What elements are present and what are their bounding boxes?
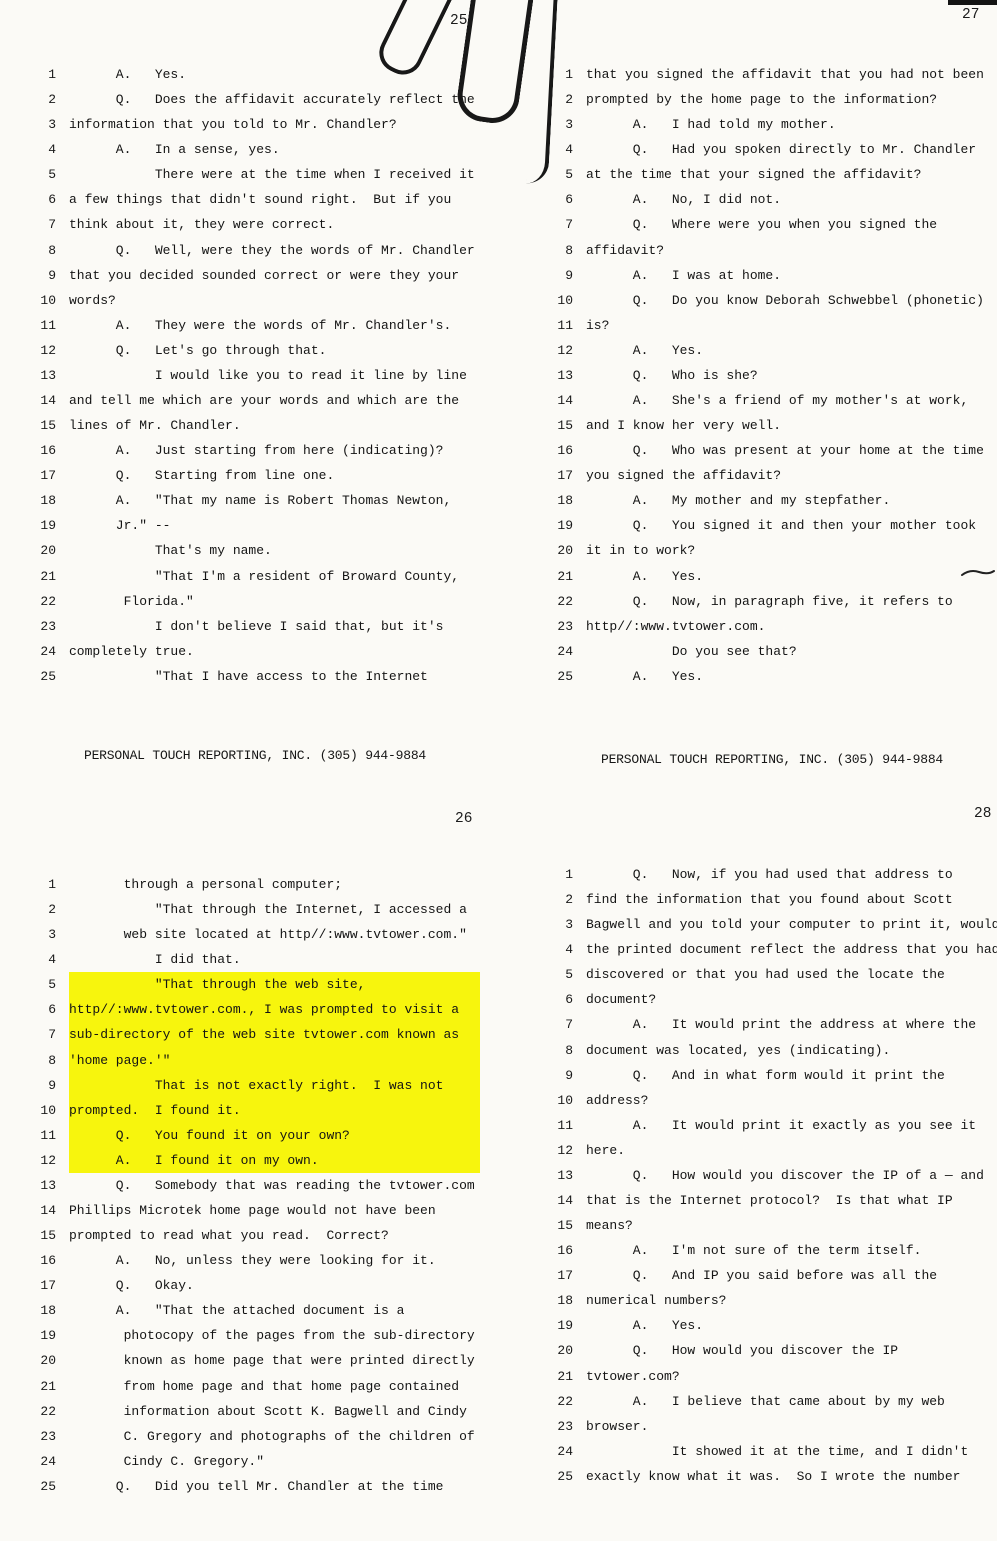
line-text: Q. Where were you when you signed the (586, 212, 997, 237)
line-text: Q. You found it on your own? (69, 1123, 480, 1148)
line-number: 14 (547, 1188, 573, 1213)
line-text: Q. Now, in paragraph five, it refers to (586, 589, 997, 614)
line-text: is? (586, 313, 997, 338)
line-text: A. Just starting from here (indicating)? (69, 438, 480, 463)
line-number: 12 (547, 1138, 573, 1163)
transcript-line: 2find the information that you found abo… (547, 887, 997, 912)
line-number: 4 (547, 937, 573, 962)
transcript-line: 25 A. Yes. (547, 664, 997, 689)
transcript-line: 13 Q. Somebody that was reading the tvto… (30, 1173, 480, 1198)
line-text: Phillips Microtek home page would not ha… (69, 1198, 480, 1223)
transcript-line: 8'home page.'" (30, 1048, 480, 1073)
line-text: A. It would print the address at where t… (586, 1012, 997, 1037)
transcript-line: 10 Q. Do you know Deborah Schwebbel (pho… (547, 288, 997, 313)
line-text: means? (586, 1213, 997, 1238)
line-text: A. Yes. (586, 664, 997, 689)
line-text: that you decided sounded correct or were… (69, 263, 480, 288)
line-text: Q. How would you discover the IP of a — … (586, 1163, 997, 1188)
line-text: Q. Do you know Deborah Schwebbel (phonet… (586, 288, 997, 313)
line-number: 7 (547, 212, 573, 237)
line-text: it in to work? (586, 538, 997, 563)
line-number: 18 (547, 1288, 573, 1313)
line-number: 18 (547, 488, 573, 513)
transcript-line: 11is? (547, 313, 997, 338)
line-number: 10 (547, 288, 573, 313)
transcript-line: 1 through a personal computer; (30, 872, 480, 897)
line-text: A. "That the attached document is a (69, 1298, 480, 1323)
line-number: 14 (547, 388, 573, 413)
line-number: 6 (30, 997, 56, 1022)
transcript-line: 21tvtower.com? (547, 1364, 997, 1389)
line-text: document? (586, 987, 997, 1012)
transcript-line: 24 Cindy C. Gregory." (30, 1449, 480, 1474)
line-text: Bagwell and you told your computer to pr… (586, 912, 997, 937)
line-number: 10 (30, 1098, 56, 1123)
transcript-line: 11 A. It would print it exactly as you s… (547, 1113, 997, 1138)
line-text: Q. You signed it and then your mother to… (586, 513, 997, 538)
line-text: affidavit? (586, 238, 997, 263)
line-text: Q. How would you discover the IP (586, 1338, 997, 1363)
line-number: 4 (30, 947, 56, 972)
line-text: prompted to read what you read. Correct? (69, 1223, 480, 1248)
line-number: 6 (30, 187, 56, 212)
line-number: 2 (30, 87, 56, 112)
page-body: 1 A. Yes.2 Q. Does the affidavit accurat… (30, 62, 480, 689)
line-number: 10 (547, 1088, 573, 1113)
transcript-line: 11 Q. You found it on your own? (30, 1123, 480, 1148)
line-text: Do you see that? (586, 639, 997, 664)
line-text: exactly know what it was. So I wrote the… (586, 1464, 997, 1489)
line-number: 19 (547, 1313, 573, 1338)
line-number: 25 (547, 1464, 573, 1489)
line-number: 22 (547, 589, 573, 614)
line-text: A. I had told my mother. (586, 112, 997, 137)
line-text: "That I have access to the Internet (69, 664, 480, 689)
line-text: through a personal computer; (69, 872, 480, 897)
transcript-line: 14Phillips Microtek home page would not … (30, 1198, 480, 1223)
line-text: and tell me which are your words and whi… (69, 388, 480, 413)
line-number: 21 (30, 564, 56, 589)
transcript-line: 3 A. I had told my mother. (547, 112, 997, 137)
transcript-line: 7 Q. Where were you when you signed the (547, 212, 997, 237)
transcript-line: 10words? (30, 288, 480, 313)
line-text: A. Yes. (69, 62, 480, 87)
line-text: "That through the web site, (69, 972, 480, 997)
line-number: 14 (30, 388, 56, 413)
line-text: the printed document reflect the address… (586, 937, 997, 962)
line-number: 23 (30, 1424, 56, 1449)
transcript-line: 6document? (547, 987, 997, 1012)
page-body: 1 through a personal computer;2 "That th… (30, 872, 480, 1499)
line-number: 20 (30, 1348, 56, 1373)
line-number: 8 (547, 1038, 573, 1063)
transcript-line: 12 A. I found it on my own. (30, 1148, 480, 1173)
line-text: numerical numbers? (586, 1288, 997, 1313)
transcript-line: 24 Do you see that? (547, 639, 997, 664)
transcript-line: 10prompted. I found it. (30, 1098, 480, 1123)
line-text: A. My mother and my stepfather. (586, 488, 997, 513)
line-text: Q. Who was present at your home at the t… (586, 438, 997, 463)
line-number: 17 (30, 463, 56, 488)
line-text: A. Yes. (586, 338, 997, 363)
line-number: 21 (547, 1364, 573, 1389)
line-number: 17 (547, 463, 573, 488)
line-text: discovered or that you had used the loca… (586, 962, 997, 987)
line-text: Q. Okay. (69, 1273, 480, 1298)
line-number: 1 (547, 862, 573, 887)
page-footer: PERSONAL TOUCH REPORTING, INC. (305) 944… (30, 748, 480, 763)
transcript-line: 6http//:www.tvtower.com., I was prompted… (30, 997, 480, 1022)
line-number: 6 (547, 987, 573, 1012)
line-number: 4 (30, 137, 56, 162)
transcript-line: 23 C. Gregory and photographs of the chi… (30, 1424, 480, 1449)
transcript-line: 25exactly know what it was. So I wrote t… (547, 1464, 997, 1489)
transcript-line: 14 A. She's a friend of my mother's at w… (547, 388, 997, 413)
transcript-line: 4 A. In a sense, yes. (30, 137, 480, 162)
transcript-line: 7think about it, they were correct. (30, 212, 480, 237)
line-number: 11 (30, 1123, 56, 1148)
line-text: Q. Does the affidavit accurately reflect… (69, 87, 480, 112)
line-text: information about Scott K. Bagwell and C… (69, 1399, 480, 1424)
page-number: 25 (450, 13, 467, 29)
line-number: 5 (30, 972, 56, 997)
line-text: find the information that you found abou… (586, 887, 997, 912)
line-number: 21 (30, 1374, 56, 1399)
scanned-transcript-sheet: 25 1 A. Yes.2 Q. Does the affidavit accu… (0, 0, 997, 1541)
line-text: There were at the time when I received i… (69, 162, 480, 187)
transcript-line: 8affidavit? (547, 238, 997, 263)
line-text: a few things that didn't sound right. Bu… (69, 187, 480, 212)
transcript-line: 22 Florida." (30, 589, 480, 614)
line-text: tvtower.com? (586, 1364, 997, 1389)
transcript-line: 23 I don't believe I said that, but it's (30, 614, 480, 639)
transcript-line: 22 Q. Now, in paragraph five, it refers … (547, 589, 997, 614)
line-number: 7 (30, 1022, 56, 1047)
line-number: 9 (30, 263, 56, 288)
line-number: 14 (30, 1198, 56, 1223)
transcript-line: 11 A. They were the words of Mr. Chandle… (30, 313, 480, 338)
transcript-line: 2 Q. Does the affidavit accurately refle… (30, 87, 480, 112)
line-text: A. I'm not sure of the term itself. (586, 1238, 997, 1263)
line-text: Q. Somebody that was reading the tvtower… (69, 1173, 480, 1198)
line-number: 2 (30, 897, 56, 922)
line-number: 19 (30, 513, 56, 538)
line-text: from home page and that home page contai… (69, 1374, 480, 1399)
line-number: 11 (30, 313, 56, 338)
line-number: 12 (30, 1148, 56, 1173)
line-number: 25 (30, 1474, 56, 1499)
transcript-line: 3 web site located at http//:www.tvtower… (30, 922, 480, 947)
line-number: 22 (30, 1399, 56, 1424)
line-text: at the time that your signed the affidav… (586, 162, 997, 187)
transcript-line: 19 photocopy of the pages from the sub-d… (30, 1323, 480, 1348)
line-number: 7 (547, 1012, 573, 1037)
transcript-line: 23http//:www.tvtower.com. (547, 614, 997, 639)
line-text: web site located at http//:www.tvtower.c… (69, 922, 480, 947)
line-number: 20 (547, 1338, 573, 1363)
line-number: 21 (547, 564, 573, 589)
transcript-line: 17 Q. Okay. (30, 1273, 480, 1298)
line-number: 9 (547, 263, 573, 288)
line-number: 16 (547, 438, 573, 463)
line-text: prompted by the home page to the informa… (586, 87, 997, 112)
transcript-line: 12 A. Yes. (547, 338, 997, 363)
line-number: 13 (547, 1163, 573, 1188)
transcript-line: 9 A. I was at home. (547, 263, 997, 288)
transcript-line: 8document was located, yes (indicating). (547, 1038, 997, 1063)
line-number: 3 (547, 912, 573, 937)
line-number: 15 (30, 1223, 56, 1248)
line-text: Q. Let's go through that. (69, 338, 480, 363)
line-text: think about it, they were correct. (69, 212, 480, 237)
transcript-line: 16 Q. Who was present at your home at th… (547, 438, 997, 463)
line-text: A. It would print it exactly as you see … (586, 1113, 997, 1138)
line-text: That is not exactly right. I was not (69, 1073, 480, 1098)
line-text: address? (586, 1088, 997, 1113)
transcript-line: 3Bagwell and you told your computer to p… (547, 912, 997, 937)
line-number: 19 (547, 513, 573, 538)
transcript-line: 18 A. "That my name is Robert Thomas New… (30, 488, 480, 513)
transcript-line: 4the printed document reflect the addres… (547, 937, 997, 962)
line-number: 25 (547, 664, 573, 689)
line-text: C. Gregory and photographs of the childr… (69, 1424, 480, 1449)
transcript-page-28: 28 1 Q. Now, if you had used that addres… (530, 805, 997, 1541)
line-text: Q. And IP you said before was all the (586, 1263, 997, 1288)
line-text: Jr." -- (69, 513, 480, 538)
line-text: document was located, yes (indicating). (586, 1038, 997, 1063)
line-number: 10 (30, 288, 56, 313)
transcript-page-27: 27 1that you signed the affidavit that y… (530, 0, 997, 805)
transcript-line: 16 A. No, unless they were looking for i… (30, 1248, 480, 1273)
line-number: 1 (30, 872, 56, 897)
transcript-line: 16 A. I'm not sure of the term itself. (547, 1238, 997, 1263)
line-text: lines of Mr. Chandler. (69, 413, 480, 438)
line-number: 19 (30, 1323, 56, 1348)
transcript-page-25: 25 1 A. Yes.2 Q. Does the affidavit accu… (0, 0, 530, 805)
transcript-line: 5at the time that your signed the affida… (547, 162, 997, 187)
line-number: 24 (547, 639, 573, 664)
line-number: 2 (547, 87, 573, 112)
line-number: 16 (547, 1238, 573, 1263)
line-number: 23 (547, 614, 573, 639)
line-number: 20 (30, 538, 56, 563)
line-text: Q. Starting from line one. (69, 463, 480, 488)
line-number: 18 (30, 1298, 56, 1323)
line-text: A. No, unless they were looking for it. (69, 1248, 480, 1273)
transcript-line: 2 "That through the Internet, I accessed… (30, 897, 480, 922)
transcript-line: 5 "That through the web site, (30, 972, 480, 997)
line-number: 7 (30, 212, 56, 237)
transcript-line: 17 Q. Starting from line one. (30, 463, 480, 488)
transcript-line: 18numerical numbers? (547, 1288, 997, 1313)
line-number: 24 (547, 1439, 573, 1464)
transcript-line: 19 Jr." -- (30, 513, 480, 538)
line-number: 17 (547, 1263, 573, 1288)
page-body: 1that you signed the affidavit that you … (547, 62, 997, 689)
transcript-line: 21 from home page and that home page con… (30, 1374, 480, 1399)
line-number: 22 (547, 1389, 573, 1414)
line-text: Q. Well, were they the words of Mr. Chan… (69, 238, 480, 263)
line-text: http//:www.tvtower.com. (586, 614, 997, 639)
transcript-line: 7sub-directory of the web site tvtower.c… (30, 1022, 480, 1047)
transcript-line: 5 There were at the time when I received… (30, 162, 480, 187)
transcript-line: 1 Q. Now, if you had used that address t… (547, 862, 997, 887)
line-text: Q. Who is she? (586, 363, 997, 388)
line-number: 24 (30, 639, 56, 664)
line-number: 4 (547, 137, 573, 162)
line-text: browser. (586, 1414, 997, 1439)
transcript-line: 20it in to work? (547, 538, 997, 563)
transcript-page-26: 26 1 through a personal computer;2 "That… (0, 805, 530, 1541)
line-text: prompted. I found it. (69, 1098, 480, 1123)
line-text: http//:www.tvtower.com., I was prompted … (69, 997, 480, 1022)
transcript-line: 9 Q. And in what form would it print the (547, 1063, 997, 1088)
line-number: 3 (30, 112, 56, 137)
line-number: 11 (547, 313, 573, 338)
line-number: 23 (30, 614, 56, 639)
page-body: 1 Q. Now, if you had used that address t… (547, 862, 997, 1489)
line-number: 13 (30, 363, 56, 388)
transcript-line: 25 "That I have access to the Internet (30, 664, 480, 689)
line-text: A. She's a friend of my mother's at work… (586, 388, 997, 413)
line-number: 18 (30, 488, 56, 513)
transcript-line: 20 That's my name. (30, 538, 480, 563)
line-text: I would like you to read it line by line (69, 363, 480, 388)
line-text: photocopy of the pages from the sub-dire… (69, 1323, 480, 1348)
page-number: 26 (455, 811, 472, 827)
line-text: here. (586, 1138, 997, 1163)
line-number: 15 (30, 413, 56, 438)
transcript-line: 5discovered or that you had used the loc… (547, 962, 997, 987)
transcript-line: 15means? (547, 1213, 997, 1238)
line-text: I did that. (69, 947, 480, 972)
line-text: information that you told to Mr. Chandle… (69, 112, 480, 137)
line-number: 1 (547, 62, 573, 87)
transcript-line: 19 Q. You signed it and then your mother… (547, 513, 997, 538)
transcript-line: 18 A. My mother and my stepfather. (547, 488, 997, 513)
line-number: 13 (30, 1173, 56, 1198)
line-text: A. Yes. (586, 1313, 997, 1338)
transcript-line: 14and tell me which are your words and w… (30, 388, 480, 413)
line-text: Florida." (69, 589, 480, 614)
line-number: 1 (30, 62, 56, 87)
transcript-line: 7 A. It would print the address at where… (547, 1012, 997, 1037)
line-text: Q. Had you spoken directly to Mr. Chandl… (586, 137, 997, 162)
line-number: 11 (547, 1113, 573, 1138)
line-text: A. I was at home. (586, 263, 997, 288)
line-number: 5 (547, 962, 573, 987)
line-number: 15 (547, 413, 573, 438)
line-number: 9 (547, 1063, 573, 1088)
transcript-line: 17you signed the affidavit? (547, 463, 997, 488)
line-text: completely true. (69, 639, 480, 664)
transcript-line: 9 That is not exactly right. I was not (30, 1073, 480, 1098)
line-text: 'home page.'" (69, 1048, 480, 1073)
line-number: 5 (30, 162, 56, 187)
line-text: Cindy C. Gregory." (69, 1449, 480, 1474)
line-number: 23 (547, 1414, 573, 1439)
transcript-line: 2prompted by the home page to the inform… (547, 87, 997, 112)
transcript-line: 13 I would like you to read it line by l… (30, 363, 480, 388)
line-text: that you signed the affidavit that you h… (586, 62, 997, 87)
line-text: A. "That my name is Robert Thomas Newton… (69, 488, 480, 513)
transcript-line: 4 I did that. (30, 947, 480, 972)
transcript-line: 15and I know her very well. (547, 413, 997, 438)
line-number: 17 (30, 1273, 56, 1298)
transcript-line: 24 It showed it at the time, and I didn'… (547, 1439, 997, 1464)
line-number: 16 (30, 438, 56, 463)
line-number: 16 (30, 1248, 56, 1273)
line-number: 8 (547, 238, 573, 263)
transcript-line: 17 Q. And IP you said before was all the (547, 1263, 997, 1288)
line-number: 25 (30, 664, 56, 689)
line-number: 13 (547, 363, 573, 388)
line-number: 8 (30, 1048, 56, 1073)
transcript-line: 6a few things that didn't sound right. B… (30, 187, 480, 212)
line-number: 12 (30, 338, 56, 363)
line-text: Q. And in what form would it print the (586, 1063, 997, 1088)
transcript-line: 4 Q. Had you spoken directly to Mr. Chan… (547, 137, 997, 162)
line-text: It showed it at the time, and I didn't (586, 1439, 997, 1464)
line-text: That's my name. (69, 538, 480, 563)
transcript-line: 13 Q. How would you discover the IP of a… (547, 1163, 997, 1188)
line-number: 15 (547, 1213, 573, 1238)
transcript-line: 18 A. "That the attached document is a (30, 1298, 480, 1323)
line-text: A. They were the words of Mr. Chandler's… (69, 313, 480, 338)
line-text: that is the Internet protocol? Is that w… (586, 1188, 997, 1213)
line-number: 2 (547, 887, 573, 912)
line-text: Q. Did you tell Mr. Chandler at the time (69, 1474, 480, 1499)
transcript-line: 15lines of Mr. Chandler. (30, 413, 480, 438)
transcript-line: 8 Q. Well, were they the words of Mr. Ch… (30, 238, 480, 263)
line-text: Q. Now, if you had used that address to (586, 862, 997, 887)
line-text: words? (69, 288, 480, 313)
line-number: 8 (30, 238, 56, 263)
line-number: 9 (30, 1073, 56, 1098)
transcript-line: 19 A. Yes. (547, 1313, 997, 1338)
transcript-line: 13 Q. Who is she? (547, 363, 997, 388)
line-number: 3 (547, 112, 573, 137)
transcript-line: 12 Q. Let's go through that. (30, 338, 480, 363)
transcript-line: 16 A. Just starting from here (indicatin… (30, 438, 480, 463)
line-text: "That I'm a resident of Broward County, (69, 564, 480, 589)
line-text: A. I believe that came about by my web (586, 1389, 997, 1414)
transcript-line: 20 Q. How would you discover the IP (547, 1338, 997, 1363)
transcript-line: 20 known as home page that were printed … (30, 1348, 480, 1373)
transcript-line: 24completely true. (30, 639, 480, 664)
transcript-line: 22 A. I believe that came about by my we… (547, 1389, 997, 1414)
line-number: 12 (547, 338, 573, 363)
page-footer: PERSONAL TOUCH REPORTING, INC. (305) 944… (547, 752, 997, 767)
transcript-line: 1 A. Yes. (30, 62, 480, 87)
line-text: "That through the Internet, I accessed a (69, 897, 480, 922)
line-text: sub-directory of the web site tvtower.co… (69, 1022, 480, 1047)
transcript-line: 23browser. (547, 1414, 997, 1439)
line-number: 6 (547, 187, 573, 212)
line-number: 20 (547, 538, 573, 563)
page-number: 27 (962, 7, 979, 23)
transcript-line: 21 A. Yes. (547, 564, 997, 589)
line-text: you signed the affidavit? (586, 463, 997, 488)
transcript-line: 12here. (547, 1138, 997, 1163)
transcript-line: 1that you signed the affidavit that you … (547, 62, 997, 87)
transcript-line: 3information that you told to Mr. Chandl… (30, 112, 480, 137)
line-text: A. Yes. (586, 564, 997, 589)
transcript-line: 25 Q. Did you tell Mr. Chandler at the t… (30, 1474, 480, 1499)
line-text: A. I found it on my own. (69, 1148, 480, 1173)
line-text: I don't believe I said that, but it's (69, 614, 480, 639)
transcript-line: 22 information about Scott K. Bagwell an… (30, 1399, 480, 1424)
